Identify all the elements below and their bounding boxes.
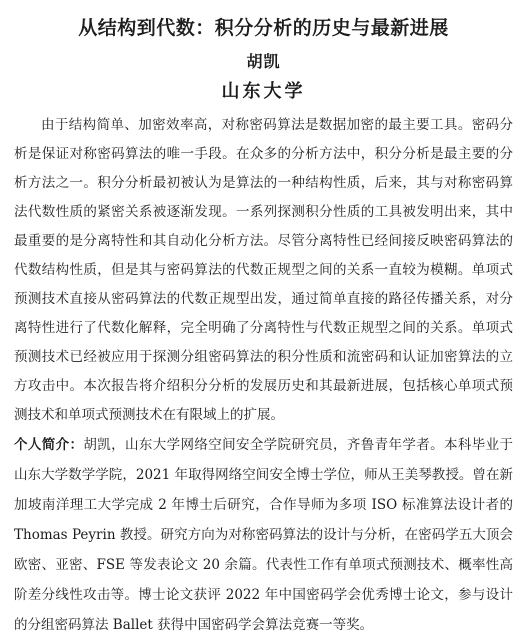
document-title: 从结构到代数：积分分析的历史与最新进展 — [14, 15, 513, 42]
bio-paragraph: 个人简介：胡凯，山东大学网络空间安全学院研究员，齐鲁青年学者。本科毕业于山东大学… — [14, 430, 513, 640]
bio-label: 个人简介： — [14, 437, 83, 453]
document-page: 从结构到代数：积分分析的历史与最新进展 胡凯 山东大学 由于结构简单、加密效率高… — [0, 0, 527, 643]
affiliation-name: 山东大学 — [14, 80, 513, 104]
author-name: 胡凯 — [14, 51, 513, 73]
abstract-paragraph: 由于结构简单、加密效率高，对称密码算法是数据加密的最主要工具。密码分析是保证对称… — [14, 111, 513, 430]
bio-text: 胡凯，山东大学网络空间安全学院研究员，齐鲁青年学者。本科毕业于山东大学数学学院，… — [14, 437, 513, 633]
